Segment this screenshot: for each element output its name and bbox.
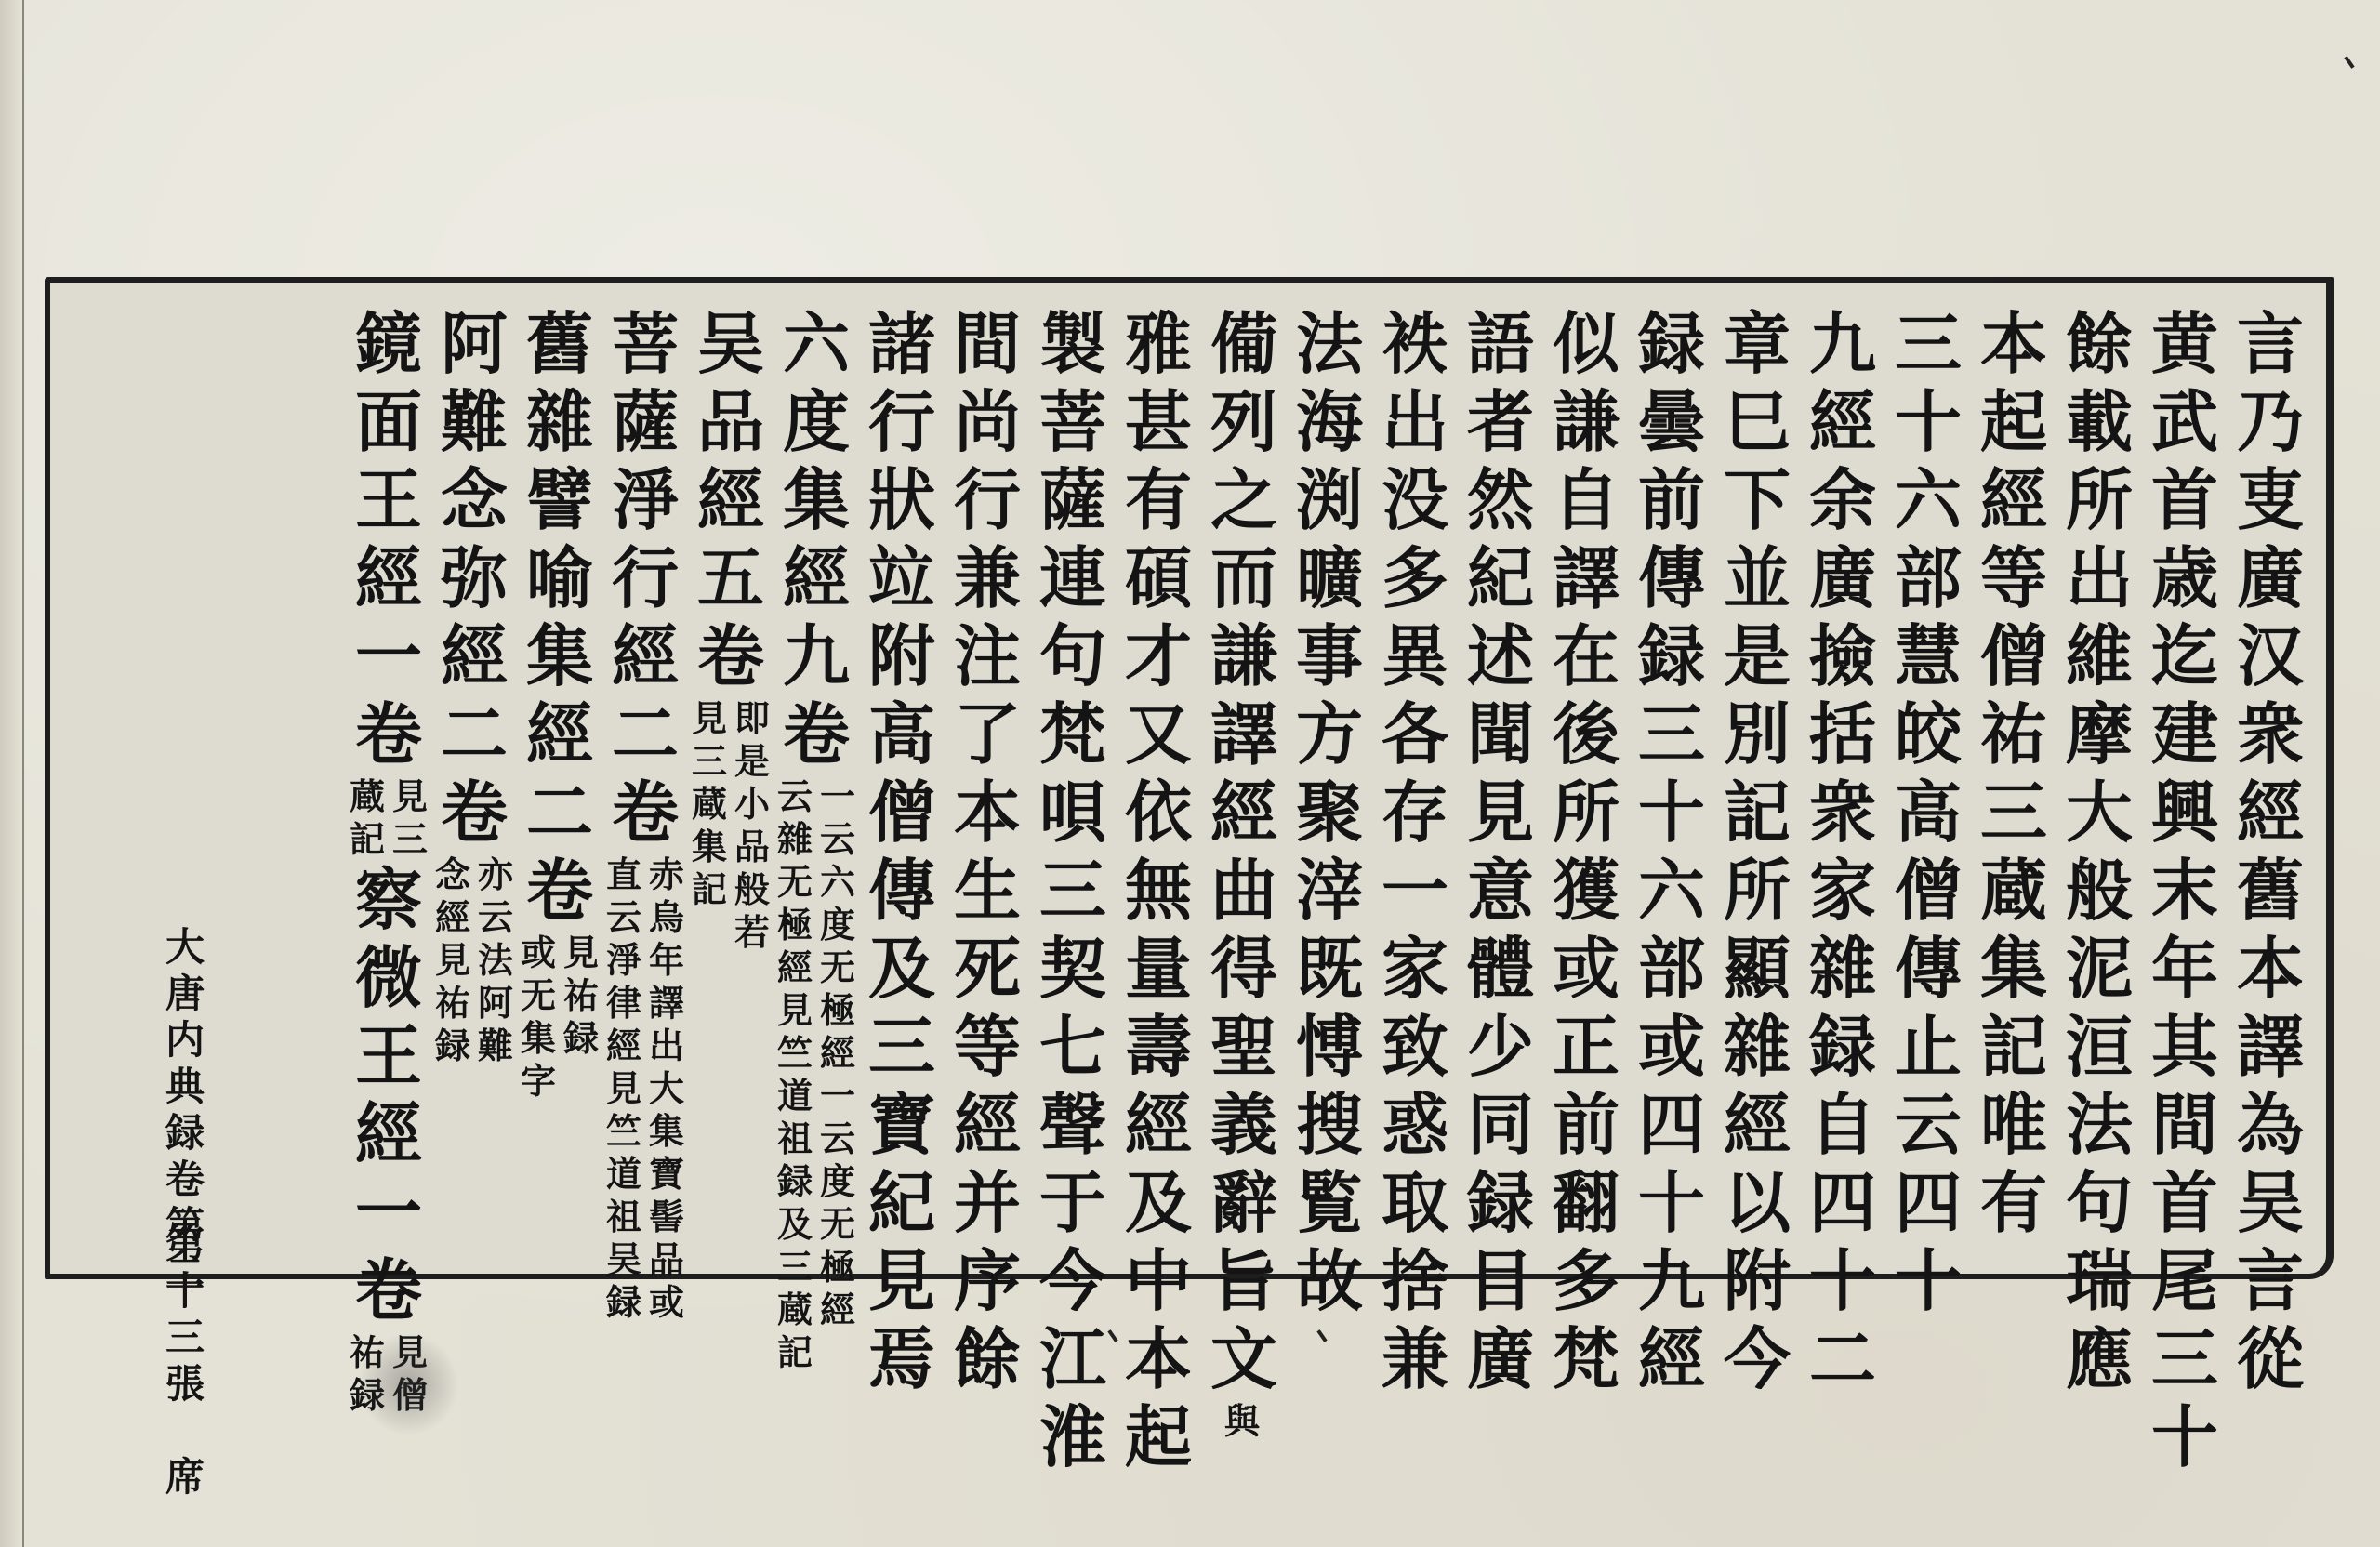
main-character: 曲 (1203, 852, 1285, 930)
main-character: 聖 (1203, 1008, 1285, 1086)
main-character: 十 (1631, 773, 1712, 852)
book-title-character: 唐 (162, 971, 208, 1017)
main-character: 別 (1716, 695, 1798, 773)
text-column: 鏡面王經一卷見三蔵記察微王經一卷見僧祐録 (346, 305, 431, 1263)
main-character: 品 (690, 383, 772, 461)
main-character: 注 (946, 617, 1028, 695)
main-character: 中 (1117, 1242, 1199, 1320)
main-character: 薩 (604, 383, 686, 461)
main-character: 念 (433, 461, 515, 539)
main-character: 巳 (1716, 383, 1798, 461)
main-character: 之 (1203, 461, 1285, 539)
interlinear-annotation: 與 (1223, 1400, 1265, 1443)
main-character: 及 (861, 930, 943, 1008)
main-character: 阿 (433, 305, 515, 383)
main-character: 正 (1545, 1008, 1627, 1086)
main-character: 辭 (1203, 1164, 1285, 1242)
annotation-character: 或 (519, 932, 558, 974)
annotation-line: 見祐録 (562, 932, 601, 1103)
book-spine-edge (0, 0, 24, 1547)
main-character: 雜 (1802, 930, 1884, 1008)
main-character: 皎 (1887, 695, 1969, 773)
ink-smudge (357, 1333, 459, 1435)
main-character: 其 (2144, 1008, 2226, 1086)
main-character: 僧 (1973, 617, 2055, 695)
column-segment: 黄武首歳迄建興末年其間首尾三十 (2144, 305, 2226, 1476)
main-character: 十 (1887, 383, 1969, 461)
main-character: 異 (1374, 617, 1456, 695)
annotation-character: 見 (562, 932, 601, 974)
annotation-character: 雜 (775, 818, 814, 861)
text-column: 九經余廣撿括衆家雜録自四十二 (1800, 305, 1885, 1263)
main-character: 黄 (2144, 305, 2226, 383)
main-character: 似 (1545, 305, 1627, 383)
main-character: 唯 (1973, 1086, 2055, 1164)
main-character: 等 (946, 1008, 1028, 1086)
annotation-character: 度 (818, 1160, 857, 1203)
text-column: 僃列之而謙譯經曲得聖義辭旨文與 (1201, 305, 1287, 1263)
main-character: 録 (1802, 1008, 1884, 1086)
main-character: 三 (1631, 695, 1712, 773)
main-character: 謙 (1203, 617, 1285, 695)
main-character: 止 (1887, 1008, 1969, 1086)
annotation-character: 品 (647, 1238, 686, 1281)
book-title-character: 典 (162, 1064, 208, 1110)
main-character: 同 (1460, 1086, 1541, 1164)
annotation-character: 品 (733, 826, 772, 868)
annotation-character: 竺 (775, 1032, 814, 1075)
annotation-character: 經 (818, 1289, 857, 1331)
main-character: 滓 (1289, 852, 1370, 930)
main-character: 有 (1117, 461, 1199, 539)
main-character: 年 (2144, 930, 2226, 1008)
book-title-character: 卷 (162, 1157, 208, 1203)
main-character: 所 (2058, 461, 2140, 539)
text-column: 法海渕曠事方聚滓既愽搜覧故 (1287, 305, 1372, 1263)
main-character: 卷 (775, 695, 857, 773)
main-character: 有 (1973, 1164, 2055, 1242)
main-character: 餘 (946, 1320, 1028, 1398)
main-character: 衆 (2229, 695, 2311, 773)
text-column: 言乃叓廣汉衆經舊本譯為吴言從 (2228, 305, 2313, 1263)
annotation-character: 度 (818, 904, 857, 946)
main-character: 狀 (861, 461, 943, 539)
main-character: 二 (604, 695, 686, 773)
main-character: 録 (1631, 617, 1712, 695)
main-character: 經 (1716, 1086, 1798, 1164)
annotation-character: 字 (519, 1060, 558, 1103)
main-character: 致 (1374, 1008, 1456, 1086)
column-segment: 法海渕曠事方聚滓既愽搜覧故 (1289, 305, 1370, 1320)
main-character: 經 (1203, 773, 1285, 852)
main-character: 記 (1973, 1008, 2055, 1086)
main-character: 二 (1802, 1320, 1884, 1398)
main-character: 廣 (1460, 1320, 1541, 1398)
main-character: 卷 (433, 773, 515, 852)
main-character: 傳 (861, 852, 943, 930)
text-column: 製菩薩連句梵唄三契七聲于今江淮 (1030, 305, 1116, 1263)
main-character: 弥 (433, 539, 515, 617)
interlinear-annotation: 見三蔵記 (348, 775, 430, 861)
main-character: 王 (348, 461, 430, 539)
main-character: 卷 (604, 773, 686, 852)
main-character: 卷 (690, 617, 772, 695)
main-character: 本 (2229, 930, 2311, 1008)
main-character: 前 (1545, 1086, 1627, 1164)
main-character: 謙 (1545, 383, 1627, 461)
column-segment: 似謙自譯在後所獲或正前翻多梵 (1545, 305, 1627, 1398)
printed-text-block: 言乃叓廣汉衆經舊本譯為吴言從黄武首歳迄建興末年其間首尾三十餘載所出維摩大般泥洹法… (45, 277, 2334, 1279)
annotation-character: 記 (348, 818, 387, 861)
main-character: 寶 (861, 1086, 943, 1164)
annotation-character: 見 (690, 697, 729, 740)
annotation-character: 年 (647, 939, 686, 982)
column-segment: 三十六部慧皎高僧傳止云四十 (1887, 305, 1969, 1320)
text-column: 雅甚有碩才又依無量壽經及中本起 (1116, 305, 1201, 1263)
main-character: 又 (1117, 695, 1199, 773)
main-character: 兼 (946, 539, 1028, 617)
main-character: 而 (1203, 539, 1285, 617)
annotation-character: 集 (519, 1017, 558, 1060)
annotation-line: 云雜无極經見竺道祖録及三蔵記 (775, 775, 814, 1374)
main-character: 言 (2229, 1242, 2311, 1320)
text-column: 三十六部慧皎高僧傳止云四十 (1885, 305, 1971, 1263)
column-segment: 吴品經五卷即是小品般若見三蔵集記 (690, 305, 772, 954)
column-segment: 九經余廣撿括衆家雜録自四十二 (1802, 305, 1884, 1398)
main-character: 蔵 (1973, 852, 2055, 930)
annotation-character: 一 (818, 775, 857, 818)
annotation-character: 亦 (476, 853, 515, 896)
main-character: 叓 (2229, 461, 2311, 539)
main-character: 傳 (1631, 539, 1712, 617)
main-character: 三 (1032, 852, 1114, 930)
main-character: 多 (1374, 539, 1456, 617)
main-character: 死 (946, 930, 1028, 1008)
annotation-character: 或 (647, 1281, 686, 1324)
main-character: 二 (433, 695, 515, 773)
main-character: 三 (861, 1008, 943, 1086)
annotation-character: 云 (604, 896, 643, 939)
annotation-character: 六 (818, 861, 857, 904)
main-character: 無 (1117, 852, 1199, 930)
text-column: 餘載所出維摩大般泥洹法句瑞應 (2056, 305, 2142, 1263)
main-character: 九 (775, 617, 857, 695)
page-number-margin-note: 第十三張席 (162, 1222, 208, 1501)
main-character: 行 (946, 461, 1028, 539)
column-segment: 菩薩淨行經二卷赤烏年譯出大集寶髻品或直云淨律經見竺道祖吴録 (604, 305, 686, 1324)
column-segment: 本起經等僧祐三蔵集記唯有 (1973, 305, 2055, 1242)
main-character: 本 (946, 773, 1028, 852)
annotation-character: 祖 (775, 1117, 814, 1160)
stray-mark (1316, 1329, 1327, 1342)
annotation-character: 見 (604, 1067, 643, 1110)
main-character: 或 (1631, 1008, 1712, 1086)
interlinear-annotation: 亦云法阿難念經見祐録 (433, 853, 515, 1067)
main-character: 首 (2144, 1164, 2226, 1242)
annotation-line: 或无集字 (519, 932, 558, 1103)
main-character: 廣 (2229, 539, 2311, 617)
main-character: 括 (1802, 695, 1884, 773)
main-character: 泥 (2058, 930, 2140, 1008)
text-column: 似謙自譯在後所獲或正前翻多梵 (1543, 305, 1629, 1263)
annotation-character: 法 (476, 939, 515, 982)
main-character: 出 (2058, 539, 2140, 617)
text-column: 本起經等僧祐三蔵集記唯有 (1971, 305, 2056, 1263)
main-character: 出 (1374, 383, 1456, 461)
main-character: 祐 (1973, 695, 2055, 773)
main-character: 諸 (861, 305, 943, 383)
text-column: 菩薩淨行經二卷赤烏年譯出大集寶髻品或直云淨律經見竺道祖吴録 (602, 305, 688, 1263)
main-character: 曠 (1289, 539, 1370, 617)
interlinear-annotation: 即是小品般若見三蔵集記 (690, 697, 772, 954)
annotation-character: 云 (476, 896, 515, 939)
main-character: 察 (348, 861, 430, 939)
annotation-character: 直 (604, 853, 643, 896)
annotation-character: 淨 (604, 939, 643, 982)
annotation-character: 无 (818, 946, 857, 989)
main-character: 翻 (1545, 1164, 1627, 1242)
annotation-character: 阿 (476, 982, 515, 1025)
main-character: 兼 (1374, 1320, 1456, 1398)
annotation-character: 記 (775, 1331, 814, 1374)
main-character: 取 (1374, 1164, 1456, 1242)
column-segment: 僃列之而謙譯經曲得聖義辭旨文與 (1203, 305, 1285, 1443)
main-character: 下 (1716, 461, 1798, 539)
main-character: 六 (775, 305, 857, 383)
main-character: 于 (1032, 1164, 1114, 1242)
carver-mark-character: 席 (162, 1454, 208, 1501)
main-character: 江 (1032, 1320, 1114, 1398)
main-character: 吴 (690, 305, 772, 383)
stray-mark (2344, 56, 2354, 69)
main-character: 建 (2144, 695, 2226, 773)
main-character: 歳 (2144, 539, 2226, 617)
annotation-character: 念 (433, 853, 472, 896)
main-character: 衆 (1802, 773, 1884, 852)
main-character: 僧 (861, 773, 943, 852)
main-character: 及 (1117, 1164, 1199, 1242)
main-character: 四 (1887, 1164, 1969, 1242)
main-character: 應 (2058, 1320, 2140, 1398)
column-segment: 製菩薩連句梵唄三契七聲于今江淮 (1032, 305, 1114, 1476)
annotation-character: 祖 (604, 1196, 643, 1238)
main-character: 經 (348, 1095, 430, 1173)
main-character: 存 (1374, 773, 1456, 852)
main-character: 附 (1716, 1242, 1798, 1320)
main-character: 九 (1631, 1242, 1712, 1320)
annotation-character: 云 (818, 818, 857, 861)
main-character: 連 (1032, 539, 1114, 617)
main-character: 經 (775, 539, 857, 617)
column-segment: 諸行狀竝附高僧傳及三寶紀見焉 (861, 305, 943, 1398)
main-character: 述 (1460, 617, 1541, 695)
annotation-character: 般 (733, 868, 772, 911)
main-character: 并 (946, 1164, 1028, 1242)
main-character: 捨 (1374, 1242, 1456, 1320)
spacer (162, 1408, 208, 1454)
main-character: 余 (1802, 461, 1884, 539)
main-character: 甚 (1117, 383, 1199, 461)
main-character: 尾 (2144, 1242, 2226, 1320)
annotation-character: 經 (604, 1025, 643, 1067)
main-character: 搜 (1289, 1086, 1370, 1164)
main-character: 二 (519, 773, 601, 852)
main-character: 本 (1117, 1320, 1199, 1398)
annotation-line: 亦云法阿難 (476, 853, 515, 1067)
main-character: 三 (2144, 1320, 2226, 1398)
main-character: 等 (1973, 539, 2055, 617)
main-character: 十 (1887, 1242, 1969, 1320)
main-character: 經 (604, 617, 686, 695)
main-character: 記 (1716, 773, 1798, 852)
main-character: 依 (1117, 773, 1199, 852)
main-character: 尚 (946, 383, 1028, 461)
main-character: 洹 (2058, 1008, 2140, 1086)
main-character: 高 (861, 695, 943, 773)
main-character: 間 (2144, 1086, 2226, 1164)
main-character: 撿 (1802, 617, 1884, 695)
text-column: 黄武首歳迄建興末年其間首尾三十 (2142, 305, 2228, 1263)
main-character: 難 (433, 383, 515, 461)
main-character: 了 (946, 695, 1028, 773)
main-character: 契 (1032, 930, 1114, 1008)
main-character: 度 (775, 383, 857, 461)
column-segment: 袟出没多異各存一家致惑取捨兼 (1374, 305, 1456, 1398)
column-segment: 間尚行兼注了本生死等經并序餘 (946, 305, 1028, 1398)
main-character: 故 (1289, 1242, 1370, 1320)
main-character: 製 (1032, 305, 1114, 383)
annotation-line: 念經見祐録 (433, 853, 472, 1067)
main-character: 焉 (861, 1320, 943, 1398)
main-character: 集 (519, 617, 601, 695)
main-character: 一 (1374, 852, 1456, 930)
annotation-character: 三 (390, 818, 430, 861)
annotation-line: 蔵記 (348, 775, 387, 861)
annotation-character: 寶 (647, 1153, 686, 1196)
main-character: 生 (946, 852, 1028, 930)
annotation-character: 髻 (647, 1196, 686, 1238)
main-character: 汉 (2229, 617, 2311, 695)
main-character: 乃 (2229, 383, 2311, 461)
annotation-character: 録 (775, 1160, 814, 1203)
main-character: 碩 (1117, 539, 1199, 617)
main-character: 者 (1460, 383, 1541, 461)
main-character: 少 (1460, 1008, 1541, 1086)
annotation-character: 大 (647, 1067, 686, 1110)
main-character: 法 (2058, 1086, 2140, 1164)
annotation-character: 三 (775, 1246, 814, 1289)
main-character: 傳 (1887, 930, 1969, 1008)
main-character: 卷 (519, 852, 601, 930)
annotation-character: 録 (604, 1281, 643, 1324)
main-character: 聲 (1032, 1086, 1114, 1164)
main-character: 紀 (861, 1164, 943, 1242)
column-segment: 舊雜譬喻集經二卷見祐録或无集字 (519, 305, 601, 1103)
main-character: 吴 (2229, 1164, 2311, 1242)
main-character: 家 (1802, 852, 1884, 930)
annotation-character: 三 (690, 740, 729, 783)
main-character: 梵 (1032, 695, 1114, 773)
column-segment: 雅甚有碩才又依無量壽經及中本起 (1117, 305, 1199, 1476)
main-character: 或 (1545, 930, 1627, 1008)
main-character: 壽 (1117, 1008, 1199, 1086)
main-character: 多 (1545, 1242, 1627, 1320)
text-column: 録曇前傳録三十六部或四十九經 (1629, 305, 1714, 1263)
main-character: 四 (1631, 1086, 1712, 1164)
main-character: 譯 (2229, 1008, 2311, 1086)
text-column: 袟出没多異各存一家致惑取捨兼 (1372, 305, 1458, 1263)
annotation-character: 出 (647, 1025, 686, 1067)
main-character: 間 (946, 305, 1028, 383)
main-character: 經 (690, 461, 772, 539)
annotation-character: 難 (476, 1025, 515, 1067)
annotation-character: 小 (733, 783, 772, 826)
main-character: 各 (1374, 695, 1456, 773)
column-segment: 餘載所出維摩大般泥洹法句瑞應 (2058, 305, 2140, 1398)
annotation-character: 蔵 (348, 775, 387, 818)
main-character: 句 (2058, 1164, 2140, 1242)
main-character: 卷 (348, 695, 430, 773)
column-segment: 録曇前傳録三十六部或四十九經 (1631, 305, 1712, 1398)
annotation-character: 集 (647, 1110, 686, 1153)
annotation-line: 見三 (390, 775, 430, 861)
annotation-character: 祐 (433, 982, 472, 1025)
annotation-character: 及 (775, 1203, 814, 1246)
main-character: 僃 (1203, 305, 1285, 383)
main-character: 梵 (1545, 1320, 1627, 1398)
text-column: 吴品經五卷即是小品般若見三蔵集記 (688, 305, 773, 1263)
annotation-line: 一云六度无極經一云度无極經 (818, 775, 857, 1374)
main-character: 菩 (604, 305, 686, 383)
main-character: 惑 (1374, 1086, 1456, 1164)
main-character: 十 (1631, 1164, 1712, 1242)
column-segment: 阿難念弥經二卷亦云法阿難念經見祐録 (433, 305, 515, 1067)
main-character: 末 (2144, 852, 2226, 930)
annotation-character: 赤 (647, 853, 686, 896)
main-character: 録 (1631, 305, 1712, 383)
main-character: 一 (348, 617, 430, 695)
main-character: 廣 (1802, 539, 1884, 617)
text-column: 諸行狀竝附高僧傳及三寶紀見焉 (859, 305, 945, 1263)
main-character: 經 (519, 695, 601, 773)
annotation-character: 祐 (562, 974, 601, 1017)
annotation-character: 无 (818, 1203, 857, 1246)
annotation-character: 見 (433, 939, 472, 982)
main-character: 淮 (1032, 1398, 1114, 1476)
main-character: 部 (1631, 930, 1712, 1008)
main-character: 一 (348, 1173, 430, 1251)
text-column: 章巳下並是別記所顯雜經以附今 (1714, 305, 1800, 1263)
main-character: 文 (1203, 1320, 1285, 1398)
main-character: 以 (1716, 1164, 1798, 1242)
main-character: 海 (1289, 383, 1370, 461)
main-character: 章 (1716, 305, 1798, 383)
main-character: 慧 (1887, 617, 1969, 695)
main-character: 載 (2058, 383, 2140, 461)
annotation-character: 竺 (604, 1110, 643, 1153)
main-character: 顯 (1716, 930, 1798, 1008)
main-character: 六 (1887, 461, 1969, 539)
main-character: 餘 (2058, 305, 2140, 383)
annotation-line: 見三蔵集記 (690, 697, 729, 954)
main-character: 譯 (1203, 695, 1285, 773)
annotation-character: 見 (390, 775, 430, 818)
main-character: 喻 (519, 539, 601, 617)
main-character: 語 (1460, 305, 1541, 383)
main-character: 三 (1887, 305, 1969, 383)
main-character: 自 (1545, 461, 1627, 539)
annotation-character: 云 (775, 775, 814, 818)
